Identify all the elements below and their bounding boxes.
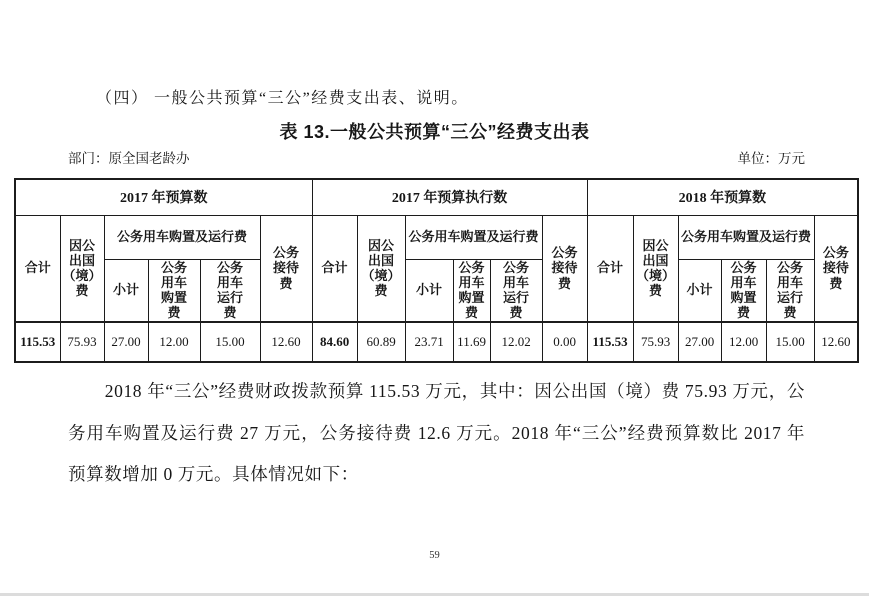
value-2017-execution-subtotal: 23.71 [405,322,453,362]
value-2018-budget-abroad: 75.93 [633,322,678,362]
value-2017-budget-abroad: 75.93 [60,322,104,362]
col-header-reception: 公务 接待 费 [814,215,858,322]
sub-header-row-1: 合计 因公 出国 （境） 费 公务用车购置及运行费 公务 接待 费 合计 因公 … [15,215,858,259]
col-header-abroad: 因公 出国 （境） 费 [633,215,678,322]
value-2017-execution-purchase: 11.69 [453,322,490,362]
col-header-vehicle-purchase: 公务 用车 购置 费 [453,259,490,322]
col-header-vehicle-operation: 公务 用车 运行 费 [490,259,542,322]
department-label: 部门：原全国老龄办 [68,147,190,167]
value-2017-execution-operation: 12.02 [490,322,542,362]
document-page: （四） 一般公共预算“三公”经费支出表、说明。 表 13.一般公共预算“三公”经… [0,0,869,596]
expense-table: 2017 年预算数 2017 年预算执行数 2018 年预算数 合计 因公 出国… [14,178,859,363]
col-header-total: 合计 [312,215,357,322]
col-header-subtotal: 小计 [405,259,453,322]
unit-label: 单位：万元 [738,147,806,167]
col-header-total: 合计 [15,215,60,322]
value-2017-budget-reception: 12.60 [260,322,312,362]
group-header-2017-execution: 2017 年预算执行数 [312,179,587,215]
col-header-reception: 公务 接待 费 [260,215,312,322]
description-paragraph: 2018 年“三公”经费财政拨款预算 115.53 万元，其中：因公出国（境）费… [68,371,805,496]
value-2017-budget-operation: 15.00 [200,322,260,362]
sub-header-row-2: 小计 公务 用车 购置 费 公务 用车 运行 费 小计 公务 用车 购置 费 公… [15,259,858,322]
section-heading: （四） 一般公共预算“三公”经费支出表、说明。 [96,85,469,108]
value-2018-budget-reception: 12.60 [814,322,858,362]
value-2017-budget-purchase: 12.00 [148,322,200,362]
table-data-row: 115.53 75.93 27.00 12.00 15.00 12.60 84.… [15,322,858,362]
col-header-abroad: 因公 出国 （境） 费 [60,215,104,322]
col-header-reception: 公务 接待 费 [542,215,587,322]
col-header-vehicle-operation: 公务 用车 运行 费 [200,259,260,322]
table-title: 表 13.一般公共预算“三公”经费支出表 [0,118,869,144]
group-header-row: 2017 年预算数 2017 年预算执行数 2018 年预算数 [15,179,858,215]
col-header-vehicle-group: 公务用车购置及运行费 [405,215,542,259]
value-2018-budget-operation: 15.00 [766,322,814,362]
page-number: 59 [0,550,869,561]
value-2018-budget-purchase: 12.00 [721,322,766,362]
value-2017-execution-abroad: 60.89 [357,322,405,362]
col-header-vehicle-purchase: 公务 用车 购置 费 [721,259,766,322]
col-header-vehicle-group: 公务用车购置及运行费 [678,215,814,259]
group-header-2017-budget: 2017 年预算数 [15,179,312,215]
value-2017-budget-total: 115.53 [15,322,60,362]
value-2017-execution-reception: 0.00 [542,322,587,362]
col-header-subtotal: 小计 [104,259,148,322]
table-meta-row: 部门：原全国老龄办 单位：万元 [68,147,805,167]
col-header-vehicle-purchase: 公务 用车 购置 费 [148,259,200,322]
value-2018-budget-total: 115.53 [587,322,633,362]
group-header-2018-budget: 2018 年预算数 [587,179,858,215]
col-header-subtotal: 小计 [678,259,721,322]
value-2017-execution-total: 84.60 [312,322,357,362]
value-2018-budget-subtotal: 27.00 [678,322,721,362]
col-header-abroad: 因公 出国 （境） 费 [357,215,405,322]
col-header-total: 合计 [587,215,633,322]
col-header-vehicle-group: 公务用车购置及运行费 [104,215,260,259]
col-header-vehicle-operation: 公务 用车 运行 费 [766,259,814,322]
value-2017-budget-subtotal: 27.00 [104,322,148,362]
